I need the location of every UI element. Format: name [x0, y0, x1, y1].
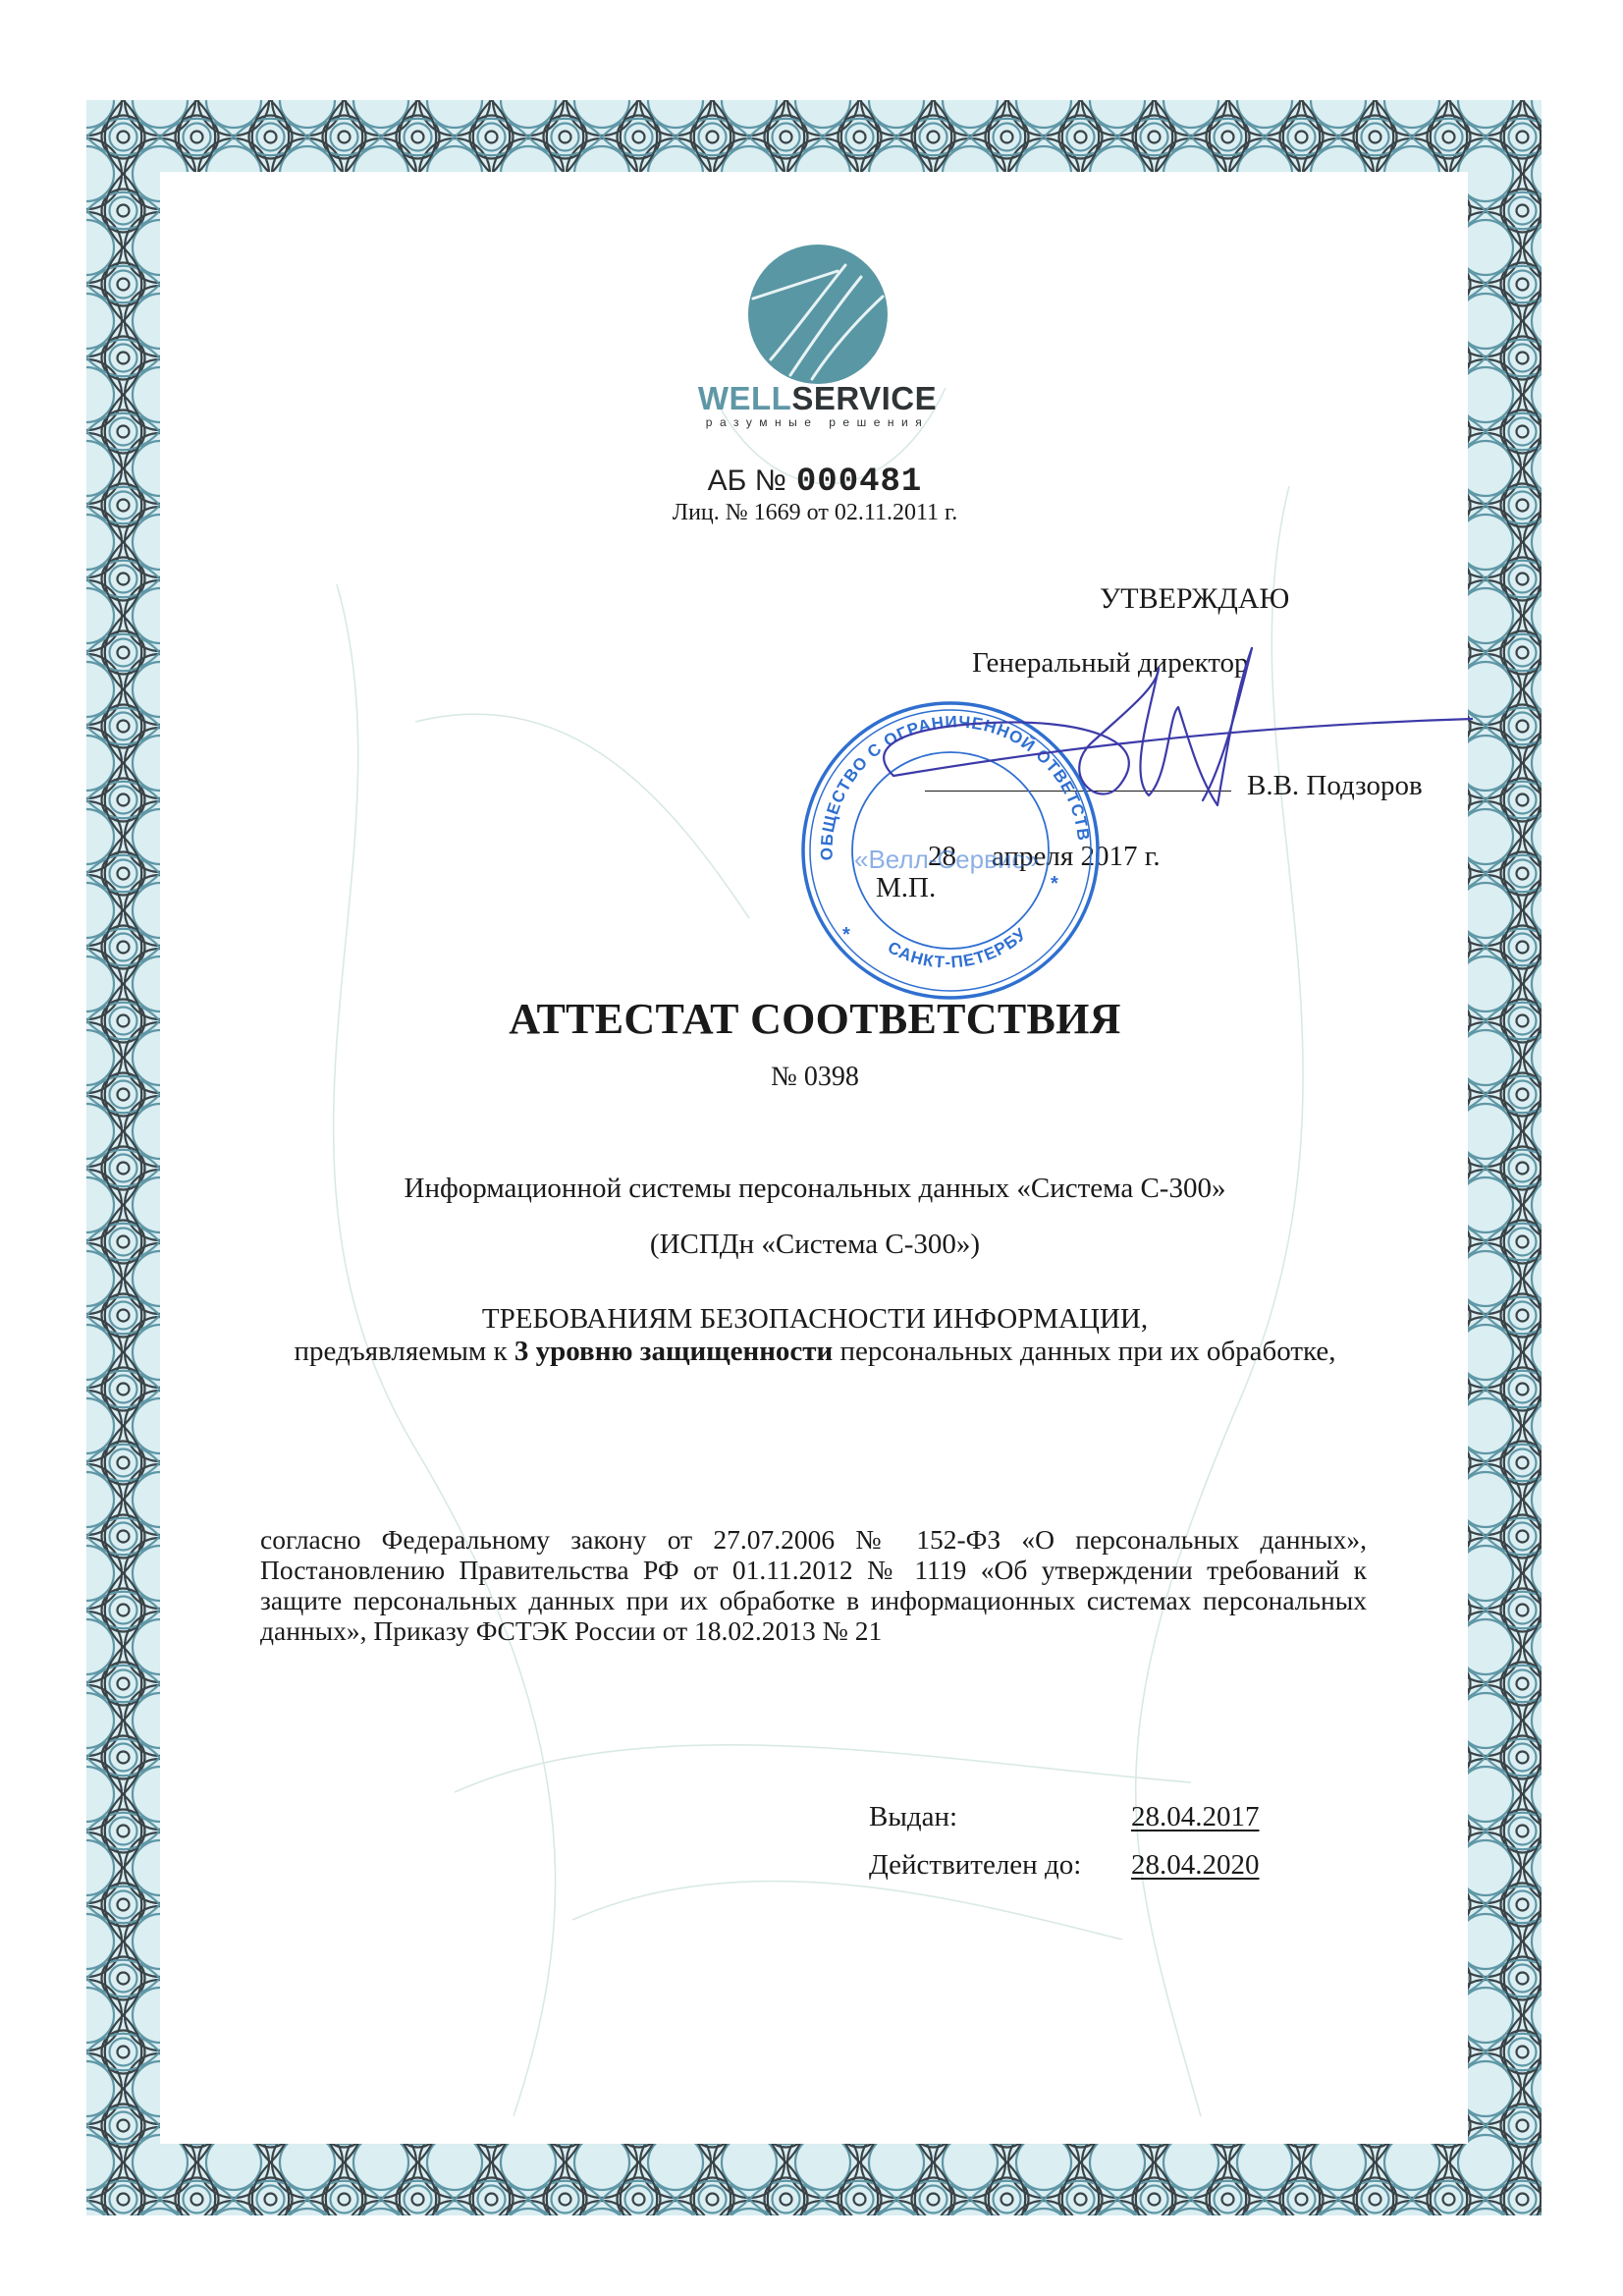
requirement-pre: предъявляемым к: [295, 1336, 514, 1367]
system-name: Информационной системы персональных данн…: [196, 1172, 1434, 1205]
brand-tagline: разумные решения: [687, 415, 947, 429]
valid-until-label: Действителен до:: [869, 1848, 1081, 1882]
issued-label: Выдан:: [869, 1800, 957, 1833]
license-info: Лиц. № 1669 от 02.11.2011 г.: [619, 499, 1011, 526]
requirement-heading: ТРЕБОВАНИЯМ БЕЗОПАСНОСТИ ИНФОРМАЦИИ,: [295, 1303, 1335, 1335]
certificate-number: № 0398: [589, 1061, 1041, 1094]
form-serial-number: АБ №000481: [648, 462, 982, 502]
system-abbreviation: (ИСПДн «Система С-300»): [295, 1228, 1335, 1261]
certificate-title: АТТЕСТАТ СООТВЕТСТВИЯ: [295, 994, 1335, 1045]
serial-prefix: АБ №: [708, 465, 786, 497]
valid-until-date: 28.04.2020: [1131, 1848, 1260, 1882]
brand-name-service: SERVICE: [791, 380, 937, 416]
issued-date: 28.04.2017: [1131, 1800, 1260, 1833]
wellservice-logo-icon: [747, 244, 889, 385]
requirement-post: персональных данных при их обработке,: [833, 1336, 1335, 1367]
legal-basis-paragraph: согласно Федеральному закону от 27.07.20…: [260, 1524, 1367, 1646]
requirement-description: предъявляемым к 3 уровню защищенности пе…: [255, 1336, 1375, 1367]
svg-text:*: *: [842, 924, 850, 946]
approve-heading: УТВЕРЖДАЮ: [1100, 581, 1289, 617]
svg-text:*: *: [1051, 873, 1058, 895]
brand-name-well: WELL: [698, 380, 791, 416]
brand-name: WELLSERVICE: [687, 381, 947, 416]
handwritten-signature: [864, 629, 1473, 864]
protection-level: 3 уровню защищенности: [514, 1336, 833, 1367]
serial-value: 000481: [796, 464, 922, 501]
